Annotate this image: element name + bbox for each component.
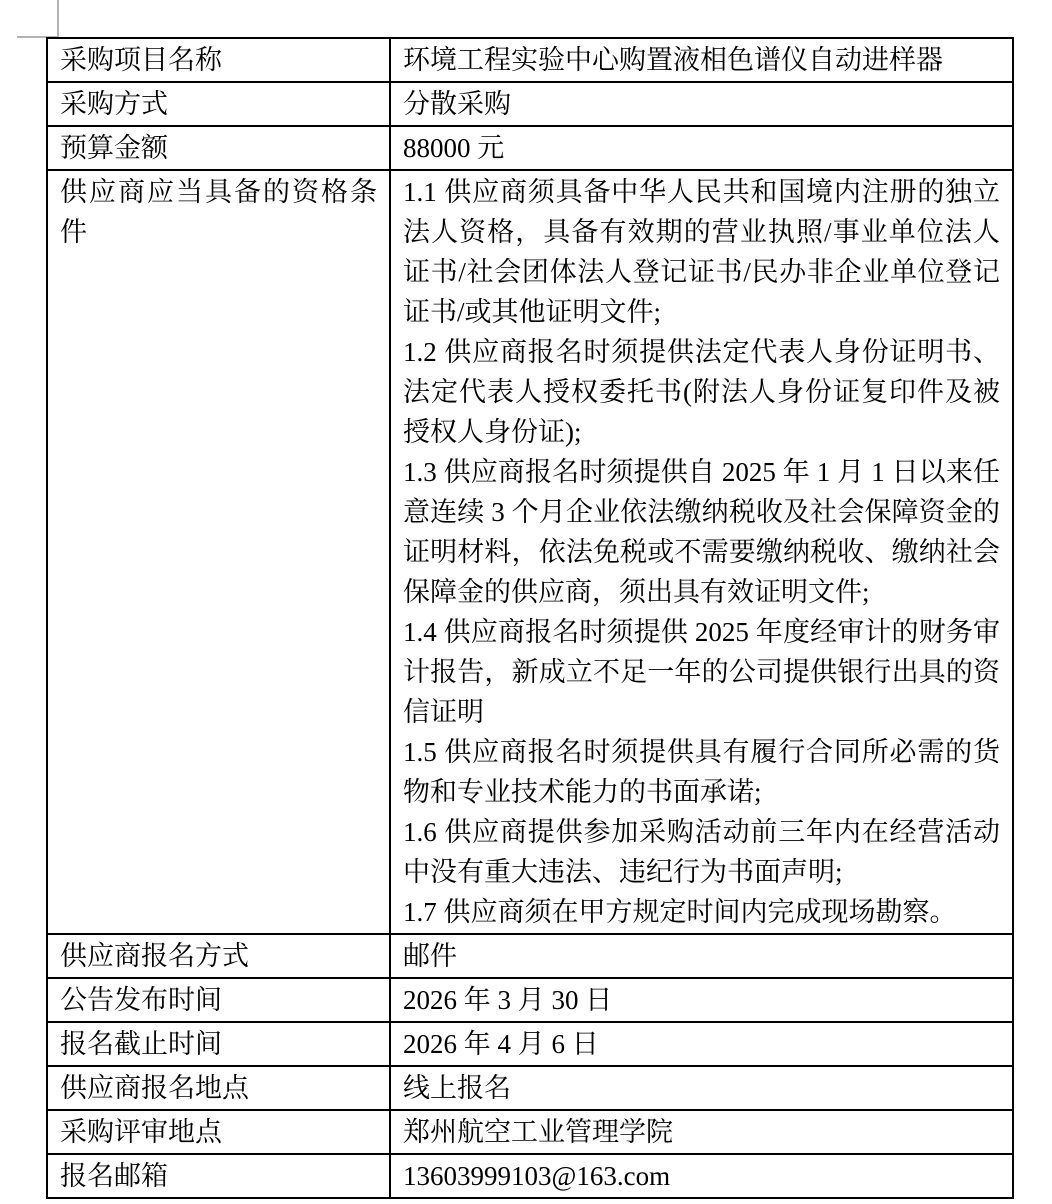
row-value-cell: 2026 年 4 月 6 日 [390, 1022, 1013, 1066]
table-row-project-name: 采购项目名称 环境工程实验中心购置液相色谱仪自动进样器 [47, 38, 1013, 82]
qualification-requirements-cell: 1.1 供应商须具备中华人民共和国境内注册的独立法人资格，具备有效期的营业执照/… [390, 170, 1013, 934]
row-label-cell: 报名截止时间 [47, 1022, 390, 1066]
row-label-cell: 预算金额 [47, 126, 390, 170]
row-value-cell: 邮件 [390, 934, 1013, 978]
page-root: { "page": { "background_color": "#ffffff… [0, 0, 1052, 1204]
requirement-item: 1.2 供应商报名时须提供法定代表人身份证明书、法定代表人授权委托书(附法人身份… [403, 332, 1000, 452]
row-label-cell: 采购项目名称 [47, 38, 390, 82]
requirement-item: 1.7 供应商须在甲方规定时间内完成现场勘察。 [403, 892, 1000, 932]
table-row-registration-method: 供应商报名方式 邮件 [47, 934, 1013, 978]
row-value-cell: 环境工程实验中心购置液相色谱仪自动进样器 [390, 38, 1013, 82]
requirement-item: 1.5 供应商报名时须提供具有履行合同所必需的货物和专业技术能力的书面承诺; [403, 732, 1000, 812]
table-row-registration-location: 供应商报名地点 线上报名 [47, 1066, 1013, 1110]
row-label-cell: 供应商应当具备的资格条件 [47, 170, 390, 934]
table-row-registration-deadline: 报名截止时间 2026 年 4 月 6 日 [47, 1022, 1013, 1066]
row-value-cell: 2026 年 3 月 30 日 [390, 978, 1013, 1022]
requirement-item: 1.1 供应商须具备中华人民共和国境内注册的独立法人资格，具备有效期的营业执照/… [403, 172, 1000, 332]
requirement-item: 1.4 供应商报名时须提供 2025 年度经审计的财务审计报告，新成立不足一年的… [403, 612, 1000, 732]
requirement-item: 1.3 供应商报名时须提供自 2025 年 1 月 1 日以来任意连续 3 个月… [403, 452, 1000, 612]
row-label-cell: 供应商报名方式 [47, 934, 390, 978]
row-label-cell: 公告发布时间 [47, 978, 390, 1022]
procurement-info-table: 采购项目名称 环境工程实验中心购置液相色谱仪自动进样器 采购方式 分散采购 预算… [46, 37, 1014, 1199]
row-value-cell: 13603999103@163.com [390, 1154, 1013, 1198]
table-row-purchase-method: 采购方式 分散采购 [47, 82, 1013, 126]
row-value-cell: 线上报名 [390, 1066, 1013, 1110]
requirement-item: 1.6 供应商提供参加采购活动前三年内在经营活动中没有重大违法、违纪行为书面声明… [403, 812, 1000, 892]
row-value-cell: 分散采购 [390, 82, 1013, 126]
row-label-cell: 采购评审地点 [47, 1110, 390, 1154]
table-row-registration-email: 报名邮箱 13603999103@163.com [47, 1154, 1013, 1198]
row-value-cell: 郑州航空工业管理学院 [390, 1110, 1013, 1154]
row-label-cell: 供应商报名地点 [47, 1066, 390, 1110]
row-value-cell: 88000 元 [390, 126, 1013, 170]
table-row-budget: 预算金额 88000 元 [47, 126, 1013, 170]
table-row-qualifications: 供应商应当具备的资格条件 1.1 供应商须具备中华人民共和国境内注册的独立法人资… [47, 170, 1013, 934]
row-label-cell: 报名邮箱 [47, 1154, 390, 1198]
row-label-cell: 采购方式 [47, 82, 390, 126]
table-row-announcement-date: 公告发布时间 2026 年 3 月 30 日 [47, 978, 1013, 1022]
table-row-review-location: 采购评审地点 郑州航空工业管理学院 [47, 1110, 1013, 1154]
stray-gridline-vertical [57, 0, 59, 37]
